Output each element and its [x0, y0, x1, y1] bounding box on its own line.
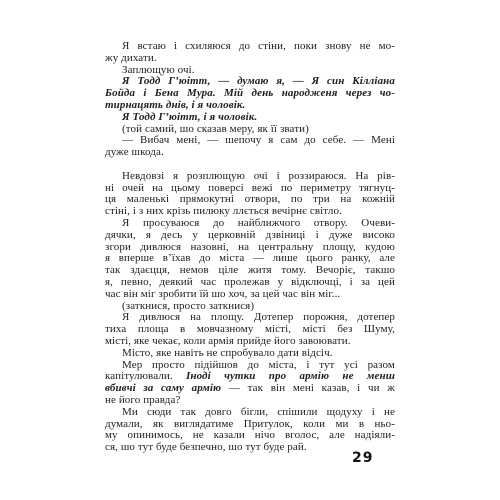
italic-text: тирнацять днів, і я чоловік.: [105, 100, 245, 111]
regular-text: Заплющую очі.: [122, 65, 195, 76]
regular-text: (той самий, шо сказав меру, як її звати): [122, 124, 309, 135]
text-line: вбивчі за саму армію — так він мені каза…: [105, 383, 395, 395]
italic-text: Я Тодд Г’юітт, і я чоловік.: [122, 112, 257, 123]
regular-text: час він міг зробити їй шо хоч, за цей ча…: [105, 289, 340, 300]
regular-text: жу дихати.: [105, 53, 157, 64]
regular-text: ця маленькі прямокутні отвори, по три на…: [105, 194, 395, 205]
italic-text: Бойда і Бена Мура. Мій день народженя че…: [105, 88, 395, 99]
regular-text: капітулювали.: [105, 371, 186, 382]
text-line: Я встаю і схиляюся до стіни, поки знову …: [105, 41, 395, 53]
text-line: капітулювали. Іноді чутки про армію не м…: [105, 371, 395, 383]
text-line: я вперше в’їхав до міста — лише цього ра…: [105, 253, 395, 265]
text-line: Ми сюди так довго бігли, спішили щодуху …: [105, 407, 395, 419]
regular-text: місті, яке чекає, коли армія прийде його…: [105, 336, 351, 347]
regular-text: я, певно, деякий час пролежав у відключц…: [105, 277, 395, 288]
book-page: Я встаю і схиляюся до стіни, поки знову …: [0, 0, 500, 500]
text-line: дячки, я десь у церковній дзвіниці і дуж…: [105, 230, 395, 242]
text-line: (заткнися, просто заткнися): [105, 301, 395, 313]
text-line: Заплющую очі.: [105, 65, 395, 77]
regular-text: Ми сюди так довго бігли, спішили щодуху …: [122, 407, 395, 418]
text-line: Я дивлюся на площу. Дотепер порожня, дот…: [105, 312, 395, 324]
regular-text: — Вибач мені, — шепочу я сам до себе. — …: [122, 135, 395, 146]
regular-text: тиха площа в мовчазному місті, місті без…: [105, 324, 395, 335]
regular-text: Я дивлюся на площу. Дотепер порожня, дот…: [122, 312, 395, 323]
text-line: му опинимось, не казали нічо вголос, але…: [105, 430, 395, 442]
text-line: я, певно, деякий час пролежав у відключц…: [105, 277, 395, 289]
regular-text: ся, шо тут буде безпечно, шо тут буде ра…: [105, 442, 307, 453]
text-line: тиха площа в мовчазному місті, місті без…: [105, 324, 395, 336]
text-line: час він міг зробити їй шо хоч, за цей ча…: [105, 289, 395, 301]
regular-text: дуже шкода.: [105, 147, 164, 158]
regular-text: згори дивлюся назовні, на центральну пло…: [105, 242, 395, 253]
text-line: ні очей на цьому поверсі вежі по перимет…: [105, 183, 395, 195]
text-line: Я Тодд Г’юітт, і я чоловік.: [105, 112, 395, 124]
regular-text: Я встаю і схиляюся до стіни, поки знову …: [122, 41, 395, 52]
regular-text: му опинимось, не казали нічо вголос, але…: [105, 430, 395, 441]
text-line: ця маленькі прямокутні отвори, по три на…: [105, 194, 395, 206]
text-line: Я просуваюся до найближчого отвору. Очев…: [105, 218, 395, 230]
regular-text: так здаєцця, немов ціле житя тому. Вечор…: [105, 265, 395, 276]
italic-text: Я Тодд Г’юітт, — думаю я, — Я син Кілліа…: [122, 76, 395, 87]
regular-text: Мер просто підійшов до міста, і тут усі …: [122, 360, 395, 371]
text-line: місті, яке чекає, коли армія прийде його…: [105, 336, 395, 348]
regular-text: дячки, я десь у церковній дзвіниці і дуж…: [105, 230, 395, 241]
text-line: Я Тодд Г’юітт, — думаю я, — Я син Кілліа…: [105, 76, 395, 88]
regular-text: Я просуваюся до найближчого отвору. Очев…: [122, 218, 395, 229]
paragraph-gap: [105, 159, 395, 171]
text-line: — Вибач мені, — шепочу я сам до себе. — …: [105, 135, 395, 147]
text-line: не його правда?: [105, 395, 395, 407]
text-line: Місто, яке навіть не спробувало дати від…: [105, 348, 395, 360]
regular-text: — так він мені казав, і чи ж: [221, 383, 395, 394]
italic-text: вбивчі за саму армію: [105, 383, 221, 394]
text-line: думали, як виглядатиме Притулок, коли ми…: [105, 419, 395, 431]
text-line: стіні, і з них крізь пилюку ллється вечі…: [105, 206, 395, 218]
text-line: Невдовзі я розплющую очі і роззираюся. Н…: [105, 171, 395, 183]
regular-text: стіні, і з них крізь пилюку ллється вечі…: [105, 206, 342, 217]
text-line: жу дихати.: [105, 53, 395, 65]
regular-text: (заткнися, просто заткнися): [122, 301, 254, 312]
text-line: тирнацять днів, і я чоловік.: [105, 100, 395, 112]
regular-text: ні очей на цьому поверсі вежі по перимет…: [105, 183, 395, 194]
text-line: (той самий, шо сказав меру, як її звати): [105, 124, 395, 136]
regular-text: Невдовзі я розплющую очі і роззираюся. Н…: [122, 171, 395, 182]
regular-text: Місто, яке навіть не спробувало дати від…: [122, 348, 333, 359]
text-line: згори дивлюся назовні, на центральну пло…: [105, 242, 395, 254]
text-line: так здаєцця, немов ціле житя тому. Вечор…: [105, 265, 395, 277]
text-line: дуже шкода.: [105, 147, 395, 159]
regular-text: я вперше в’їхав до міста — лише цього ра…: [105, 253, 395, 264]
regular-text: не його правда?: [105, 395, 180, 406]
page-number: 29: [352, 450, 373, 466]
text-line: Бойда і Бена Мура. Мій день народженя че…: [105, 88, 395, 100]
regular-text: думали, як виглядатиме Притулок, коли ми…: [105, 419, 395, 430]
italic-text: Іноді чутки про армію не менш: [186, 371, 395, 382]
text-line: Мер просто підійшов до міста, і тут усі …: [105, 360, 395, 372]
text-block: Я встаю і схиляюся до стіни, поки знову …: [105, 41, 395, 454]
